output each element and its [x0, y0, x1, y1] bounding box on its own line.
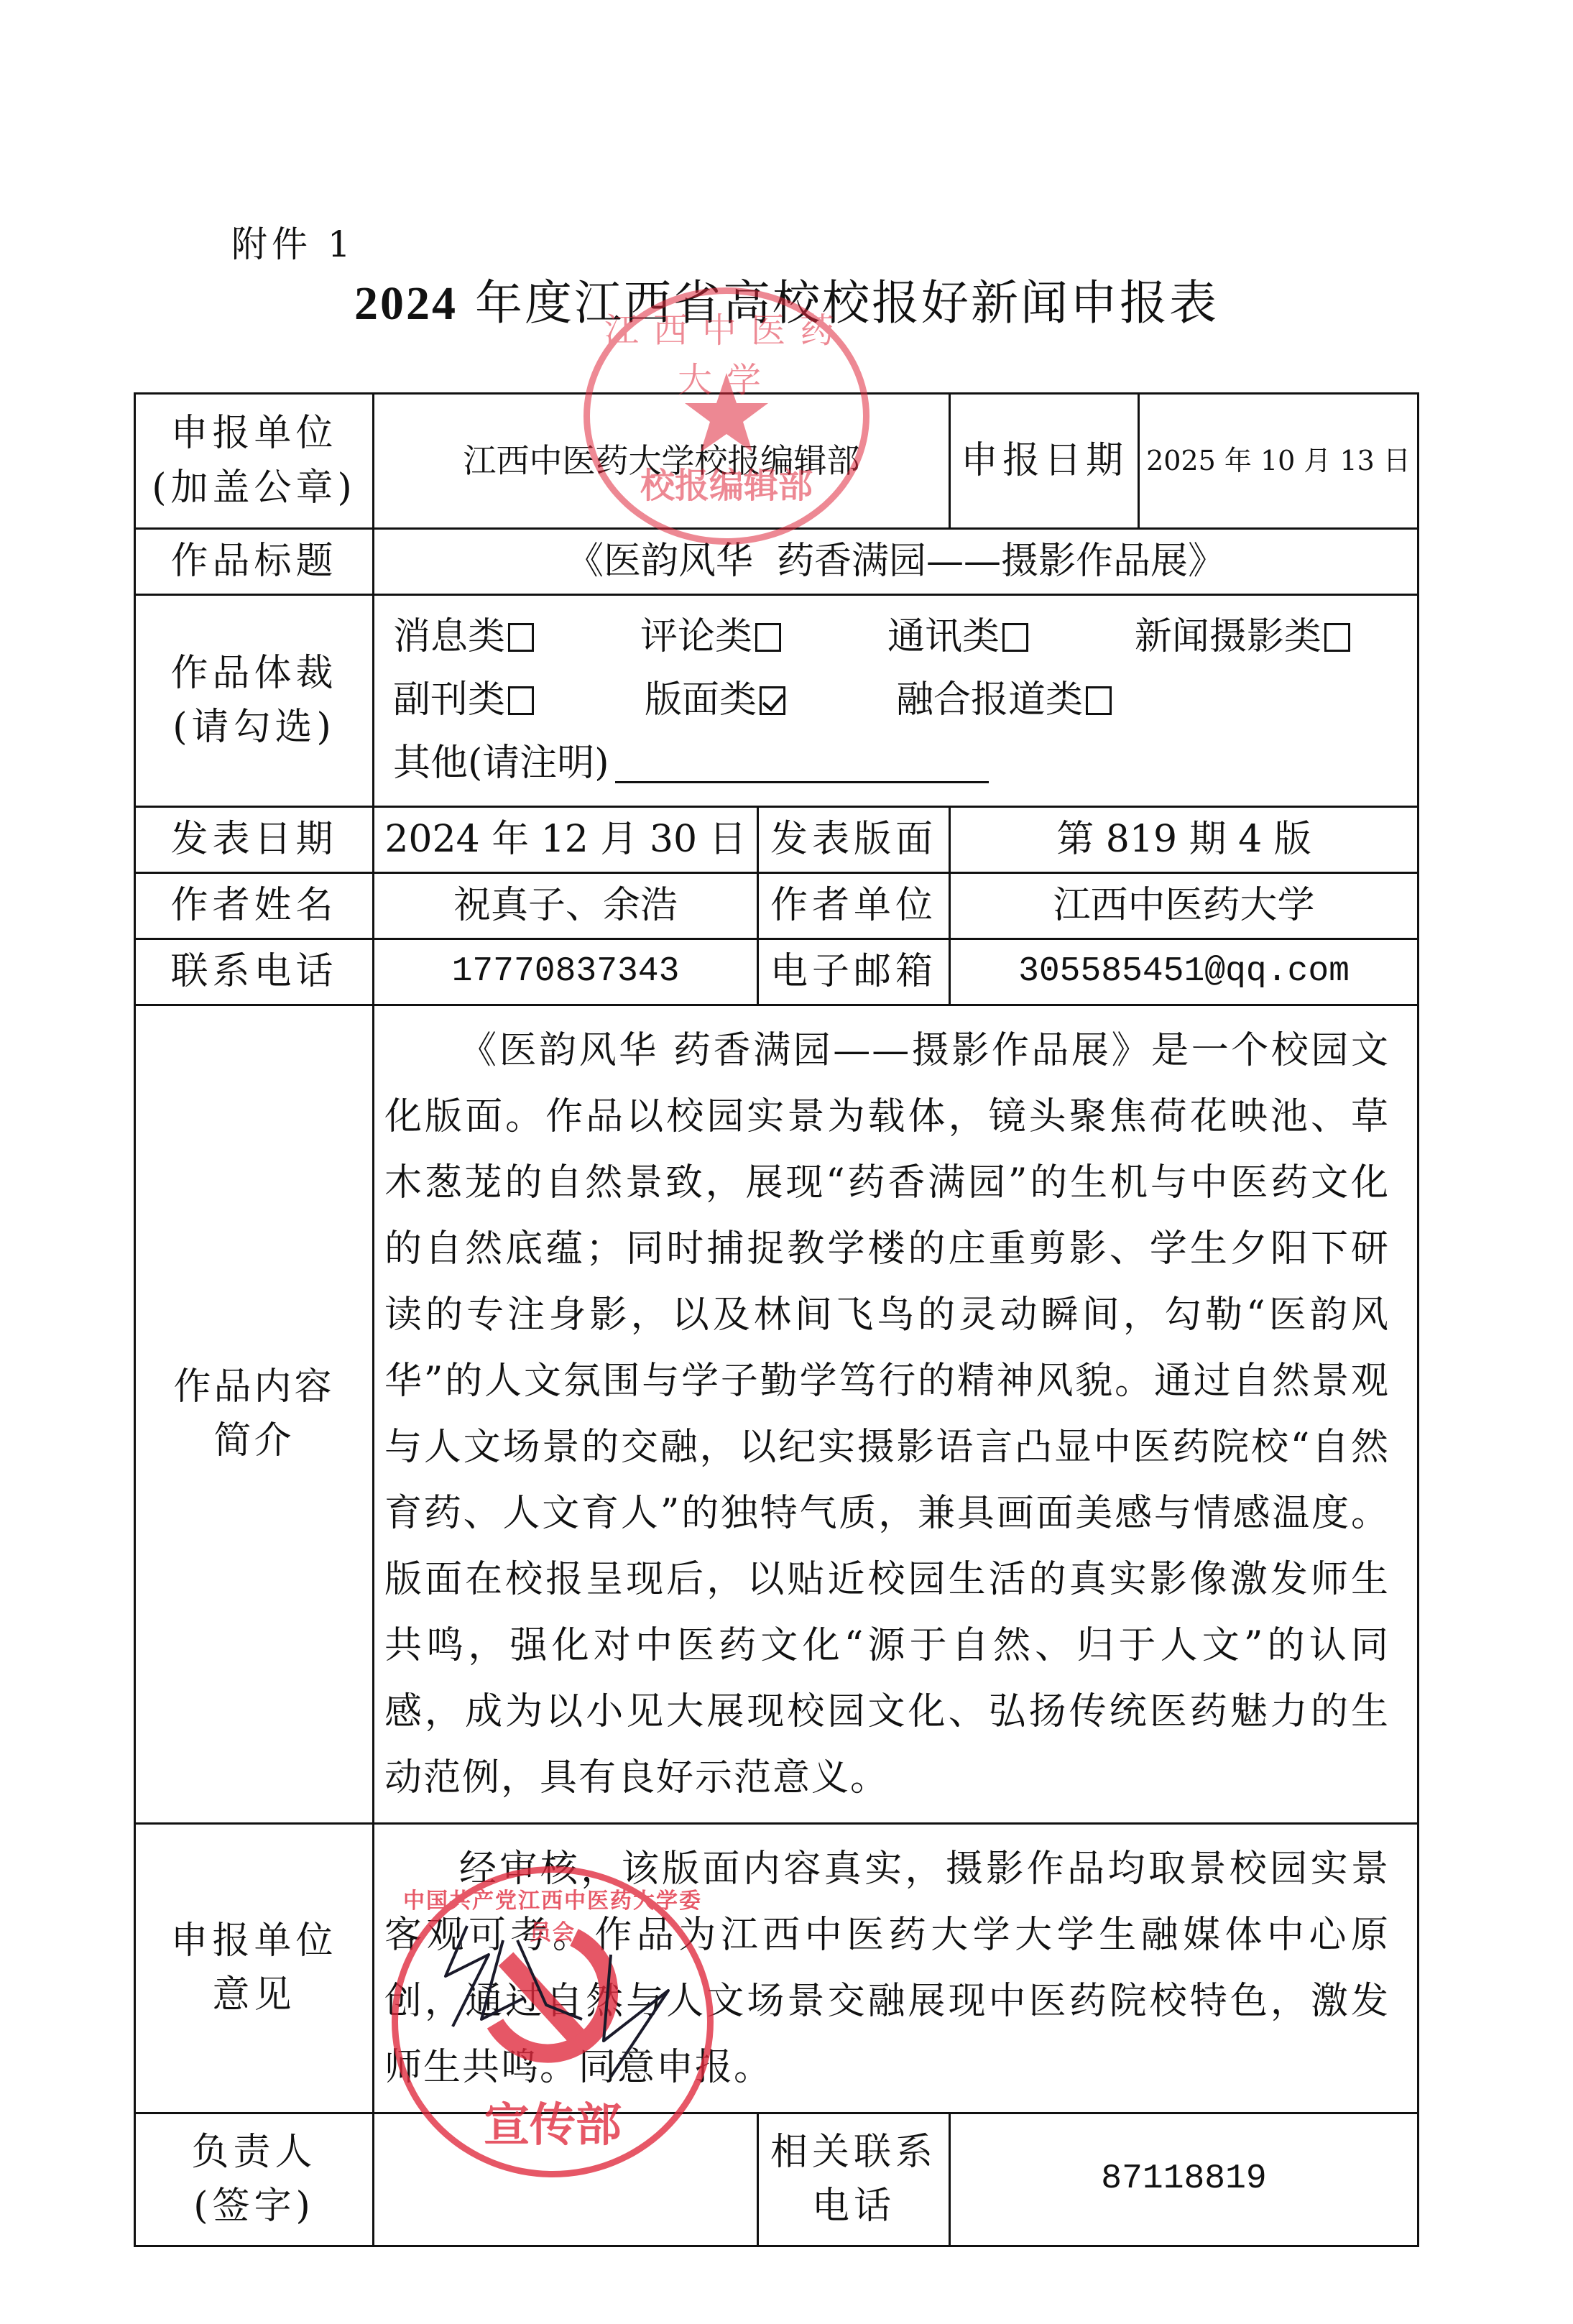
attachment-label: 附件 1: [231, 216, 355, 267]
option-label: 消息类: [393, 615, 505, 658]
signature-field[interactable]: [374, 2113, 758, 2246]
genre-option-convergence[interactable]: 融合报道类: [896, 673, 1184, 727]
email-value[interactable]: 305585451@qq.com: [950, 939, 1419, 1005]
label-line: 负责人: [136, 2126, 372, 2180]
checkbox-convergence[interactable]: [1086, 686, 1112, 715]
publish-page-value[interactable]: 第 819 期 4 版: [950, 807, 1419, 873]
email-label: 电子邮箱: [758, 939, 950, 1005]
responsible-label: 负责人 (签字): [135, 2113, 374, 2246]
publish-page-label: 发表版面: [758, 807, 950, 873]
genre-option-feature[interactable]: 通讯类: [887, 610, 1135, 664]
opinion-label: 申报单位 意见: [135, 1824, 374, 2113]
author-unit-label: 作者单位: [758, 873, 950, 939]
application-date-label: 申报日期: [950, 394, 1139, 529]
option-label: 融合报道类: [896, 678, 1083, 721]
row-work-genre: 作品体裁 (请勾选) 消息类 评论类 通讯类 新闻摄影类 副刊类 版面类 融合报…: [135, 595, 1419, 807]
phone-label: 联系电话: [135, 939, 374, 1005]
row-publication: 发表日期 2024 年 12 月 30 日 发表版面 第 819 期 4 版: [135, 807, 1419, 873]
row-contact: 联系电话 17770837343 电子邮箱 305585451@qq.com: [135, 939, 1419, 1005]
label-line: 作品内容: [136, 1360, 372, 1414]
checkbox-commentary[interactable]: [755, 623, 781, 652]
genre-option-commentary[interactable]: 评论类: [640, 610, 887, 664]
checkbox-feature[interactable]: [1002, 623, 1028, 652]
checkbox-supplement[interactable]: [508, 686, 534, 715]
checkbox-news[interactable]: [508, 623, 534, 652]
summary-label: 作品内容 简介: [135, 1005, 374, 1824]
label-line: (加盖公章): [136, 461, 372, 515]
option-label: 新闻摄影类: [1135, 615, 1321, 658]
option-label: 副刊类: [393, 678, 505, 721]
label-line: 作品体裁: [136, 647, 372, 701]
genre-row-2: 副刊类 版面类 融合报道类: [393, 669, 1417, 732]
option-label: 版面类: [645, 678, 757, 721]
label-line: 意见: [136, 1968, 372, 2022]
other-genre-input[interactable]: [615, 745, 989, 783]
applicant-unit-label: 申报单位 (加盖公章): [135, 394, 374, 529]
title-year: 2024: [354, 277, 458, 330]
application-date-value[interactable]: 2025 年 10 月 13 日: [1139, 394, 1419, 529]
author-name-value[interactable]: 祝真子、余浩: [374, 873, 758, 939]
genre-row-3: 其他(请注明): [393, 732, 1417, 796]
author-unit-value[interactable]: 江西中医药大学: [950, 873, 1419, 939]
genre-option-supplement[interactable]: 副刊类: [393, 673, 645, 727]
genre-option-photojournalism[interactable]: 新闻摄影类: [1135, 610, 1417, 664]
genre-option-news[interactable]: 消息类: [393, 610, 640, 664]
option-label: 评论类: [640, 615, 752, 658]
opinion-text[interactable]: 经审核，该版面内容真实，摄影作品均取景校园实景客观可考。作品为江西中医药大学大学…: [374, 1824, 1419, 2113]
label-line: 电话: [759, 2180, 949, 2233]
contact-phone-label: 相关联系 电话: [758, 2113, 950, 2246]
row-opinion: 申报单位 意见 经审核，该版面内容真实，摄影作品均取景校园实景客观可考。作品为江…: [135, 1824, 1419, 2113]
row-author: 作者姓名 祝真子、余浩 作者单位 江西中医药大学: [135, 873, 1419, 939]
application-form-table: 申报单位 (加盖公章) 江西中医药大学校报编辑部 申报日期 2025 年 10 …: [134, 392, 1419, 2247]
label-line: 申报单位: [136, 1914, 372, 1968]
option-label: 通讯类: [887, 615, 1000, 658]
author-name-label: 作者姓名: [135, 873, 374, 939]
publish-date-value[interactable]: 2024 年 12 月 30 日: [374, 807, 758, 873]
other-genre-label: 其他(请注明): [393, 737, 609, 790]
genre-options: 消息类 评论类 通讯类 新闻摄影类 副刊类 版面类 融合报道类 其他(请注明): [374, 595, 1419, 807]
publish-date-label: 发表日期: [135, 807, 374, 873]
label-line: 简介: [136, 1414, 372, 1468]
row-work-title: 作品标题 《医韵风华 药香满园——摄影作品展》: [135, 529, 1419, 595]
genre-option-layout[interactable]: 版面类: [645, 673, 896, 727]
checkbox-photojournalism[interactable]: [1324, 623, 1350, 652]
summary-text[interactable]: 《医韵风华 药香满园——摄影作品展》是一个校园文化版面。作品以校园实景为载体，镜…: [374, 1005, 1419, 1824]
checkbox-layout-checked[interactable]: [760, 686, 785, 715]
title-text: 年度江西省高校校报好新闻申报表: [458, 275, 1219, 331]
row-responsible: 负责人 (签字) 相关联系 电话 87118819: [135, 2113, 1419, 2246]
label-line: 申报单位: [136, 407, 372, 461]
label-line: (请勾选): [136, 701, 372, 755]
page-title: 2024 年度江西省高校校报好新闻申报表: [0, 264, 1573, 333]
work-genre-label: 作品体裁 (请勾选): [135, 595, 374, 807]
label-line: (签字): [136, 2180, 372, 2233]
label-line: 相关联系: [759, 2126, 949, 2180]
phone-value[interactable]: 17770837343: [374, 939, 758, 1005]
work-title-value[interactable]: 《医韵风华 药香满园——摄影作品展》: [374, 529, 1419, 595]
work-title-label: 作品标题: [135, 529, 374, 595]
row-summary: 作品内容 简介 《医韵风华 药香满园——摄影作品展》是一个校园文化版面。作品以校…: [135, 1005, 1419, 1824]
contact-phone-value[interactable]: 87118819: [950, 2113, 1419, 2246]
row-applicant-unit: 申报单位 (加盖公章) 江西中医药大学校报编辑部 申报日期 2025 年 10 …: [135, 394, 1419, 529]
applicant-unit-value[interactable]: 江西中医药大学校报编辑部: [374, 394, 950, 529]
genre-row-1: 消息类 评论类 通讯类 新闻摄影类: [393, 606, 1417, 669]
